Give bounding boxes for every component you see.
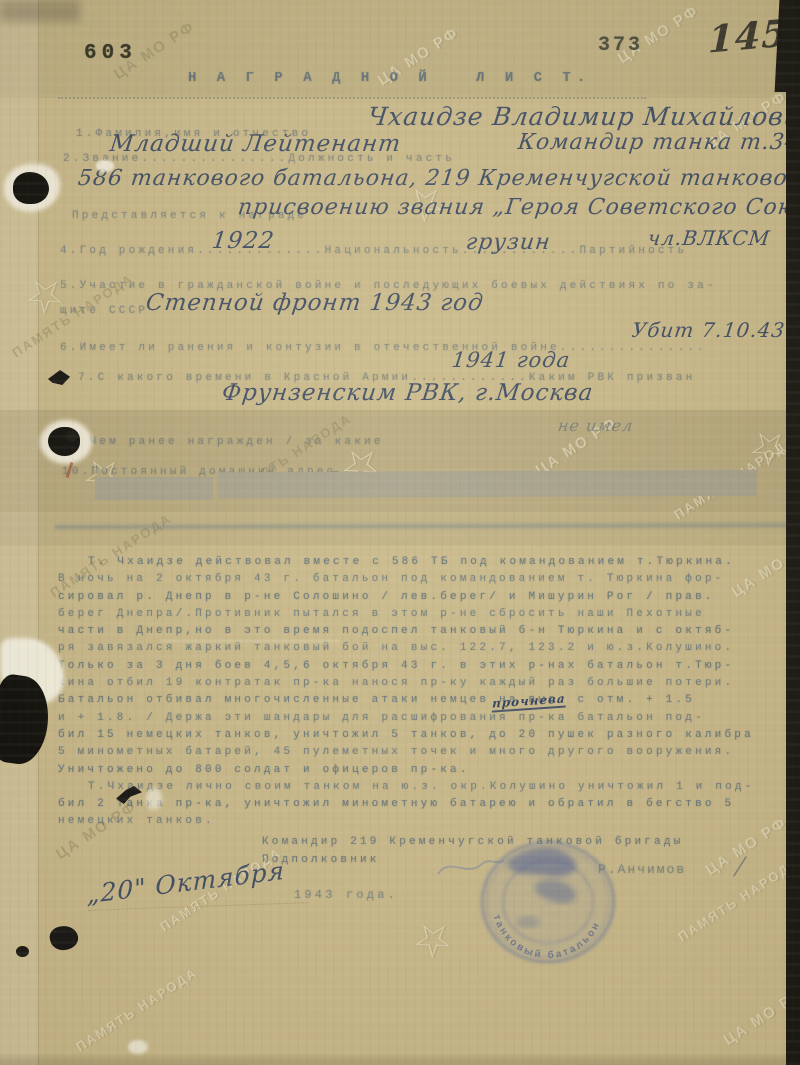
field-previous-awards-label: 8.Чем ранее награжден / за какие xyxy=(70,436,384,448)
document-title: Н А Г Р А Д Н О Й Л И С Т. xyxy=(188,70,591,86)
date-typed-year: 1943 года. xyxy=(294,888,398,902)
field-front-value: Степной фронт 1943 год xyxy=(144,290,485,316)
ink-blot xyxy=(16,946,29,957)
redaction-block xyxy=(218,470,757,499)
watermark-star-icon: ☆ xyxy=(401,905,465,973)
combat-line: Батальон отбивал многочисленные атаки не… xyxy=(58,694,795,711)
fold-crease xyxy=(160,640,340,642)
title-underline xyxy=(58,97,646,99)
ink-smudge-line xyxy=(55,523,790,529)
page-number-stamp: 373 xyxy=(598,34,643,57)
field-wounds-label: 6.Имеет ли ранения и контузии в отечеств… xyxy=(60,342,707,354)
archive-number-stamp: 603 xyxy=(84,42,137,65)
pen-flourish xyxy=(436,852,506,882)
top-left-corner-shade xyxy=(0,0,80,22)
combat-line: сировал р. Днепр в р-не Солошино / лев.б… xyxy=(58,591,795,608)
field-birthyear-value: 1922 xyxy=(210,228,276,254)
combat-line: бил 15 немецких танков, уничтожил 5 танк… xyxy=(58,729,795,746)
combat-line: ря завязался жаркий танковый бой на выс.… xyxy=(58,642,795,659)
tone-band-middle-2 xyxy=(0,512,800,546)
white-chip xyxy=(96,160,114,172)
field-rvk-value: Фрунзенским РВК, г.Москва xyxy=(220,380,594,406)
ink-mark-wedge xyxy=(48,370,70,385)
watermark-star-icon: ☆ xyxy=(13,261,77,329)
killed-note-value: Убит 7.10.43 год xyxy=(631,318,800,342)
field-rank-label: 2.Звание...............Должность и часть xyxy=(63,153,455,165)
scanned-award-sheet: ЦА МО РФ ЦА МО РФ ЦА МО РФ ЦА МО РФ ☆ ПА… xyxy=(0,0,800,1065)
punch-hole xyxy=(13,172,49,204)
date-handwritten: „20" Октября xyxy=(87,856,285,910)
signature-slash: / xyxy=(734,852,747,880)
combat-line: немецких танков. xyxy=(58,815,795,832)
combat-line: Только за 3 дня боев 4,5,6 октября 43 г.… xyxy=(58,660,795,677)
bottom-edge-shade xyxy=(0,1052,800,1065)
redaction-block xyxy=(95,477,213,500)
scan-edge-right xyxy=(786,0,800,1065)
field-duty-value: Командир танка т.34, xyxy=(516,130,800,155)
combat-line: В ночь на 2 октября 43 г. батальон под к… xyxy=(58,573,795,590)
combat-line: бил 2 танка пр-ка, уничтожил минометную … xyxy=(58,798,795,815)
combat-line: Т. Чхаидзе действовал вместе с 586 ТБ по… xyxy=(58,556,795,573)
combat-line: 5 минометных батарей, 45 пулеметных точе… xyxy=(58,746,795,763)
left-margin-strip xyxy=(0,0,39,1065)
combat-line: Т.Чхаидзе лично своим танком на ю.з. окр… xyxy=(58,781,795,798)
combat-line: кина отбил 19 контратак пр-ка нанося пр-… xyxy=(58,677,795,694)
ink-blot xyxy=(48,923,80,952)
field-party-value: чл.ВЛКСМ xyxy=(647,226,772,250)
combat-line: Уничтожено до 800 солдат и офицеров пр-к… xyxy=(58,764,795,781)
combat-description: Т. Чхаидзе действовал вместе с 586 ТБ по… xyxy=(58,556,795,833)
field-birth-label: 4.Год рождения.............Национальност… xyxy=(60,245,687,257)
field-since-value: 1941 года xyxy=(451,348,572,372)
white-chip xyxy=(146,788,162,810)
field-nationality-value: грузин xyxy=(464,230,552,255)
field-civilwar-label-2: щите СССР xyxy=(60,305,148,317)
white-chip xyxy=(128,1040,148,1054)
ink-dot xyxy=(66,430,78,442)
field-unit-value: 586 танкового батальона, 219 Кременчугск… xyxy=(76,166,800,191)
field-award-value: присвоению звания „Героя Советского Союз… xyxy=(236,195,800,220)
field-previous-awards-value: не имел xyxy=(557,416,635,435)
combat-line: берег Днепра/.Противник пытался в этом р… xyxy=(58,608,795,625)
field-name-value: Чхаидзе Владимир Михайлович xyxy=(366,102,800,131)
combat-line: и + 1.8. / Держа эти шандары для расшифр… xyxy=(58,712,795,729)
